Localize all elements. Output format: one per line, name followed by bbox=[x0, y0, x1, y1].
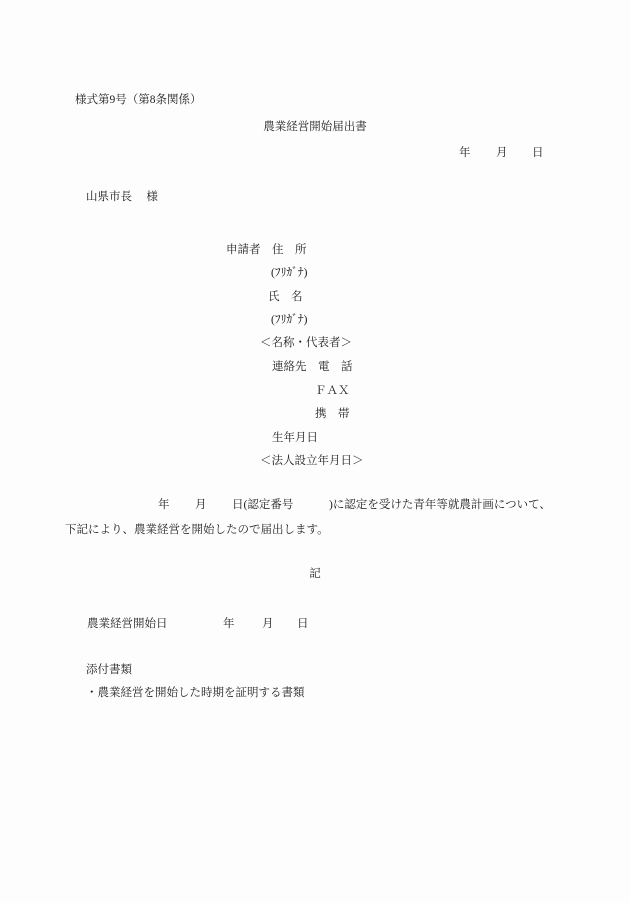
fax-label: ＦＡＸ bbox=[315, 384, 350, 399]
org-representative-label: ＜名称・代表者＞ bbox=[260, 336, 352, 351]
attachments-heading: 添付書類 bbox=[86, 663, 132, 678]
header-date-month-label: 月 bbox=[496, 146, 508, 161]
start-date-day-label: 日 bbox=[297, 617, 309, 632]
header-date-day-label: 日 bbox=[532, 146, 544, 161]
addressee: 山県市長 様 bbox=[86, 190, 158, 205]
furigana-label-2: (ﾌﾘｶﾞﾅ) bbox=[271, 313, 307, 328]
start-date-month-label: 月 bbox=[262, 617, 274, 632]
furigana-label-1: (ﾌﾘｶﾞﾅ) bbox=[271, 266, 307, 281]
attachment-item: ・農業経営を開始した時期を証明する書類 bbox=[86, 686, 305, 701]
birthdate-label: 生年月日 bbox=[272, 431, 318, 446]
statement-month-label: 月 bbox=[195, 498, 207, 513]
statement-text-2: 下記により、農業経営を開始したので届出します。 bbox=[65, 523, 329, 538]
start-date-label: 農業経営開始日 bbox=[87, 617, 168, 632]
statement-text-1: )に認定を受けた青年等就農計画について、 bbox=[329, 498, 551, 513]
applicant-address-label: 申請者 住 所 bbox=[226, 243, 307, 258]
document-page: 様式第9号（第8条関係） 農業経営開始届出書 年 月 日 山県市長 様 申請者 … bbox=[0, 0, 630, 903]
statement-year-label: 年 bbox=[158, 498, 170, 513]
form-number: 様式第9号（第8条関係） bbox=[75, 93, 202, 108]
document-title: 農業経営開始届出書 bbox=[0, 120, 630, 135]
mobile-label: 携 帯 bbox=[315, 407, 350, 422]
header-date-year-label: 年 bbox=[459, 146, 471, 161]
contact-phone-label: 連絡先 電 話 bbox=[272, 360, 353, 375]
ki-marker: 記 bbox=[0, 567, 630, 582]
applicant-name-label: 氏 名 bbox=[268, 290, 303, 305]
corp-establishment-date-label: ＜法人設立年月日＞ bbox=[260, 454, 364, 469]
start-date-year-label: 年 bbox=[223, 617, 235, 632]
statement-cert-number-label: 日(認定番号 bbox=[232, 498, 293, 513]
